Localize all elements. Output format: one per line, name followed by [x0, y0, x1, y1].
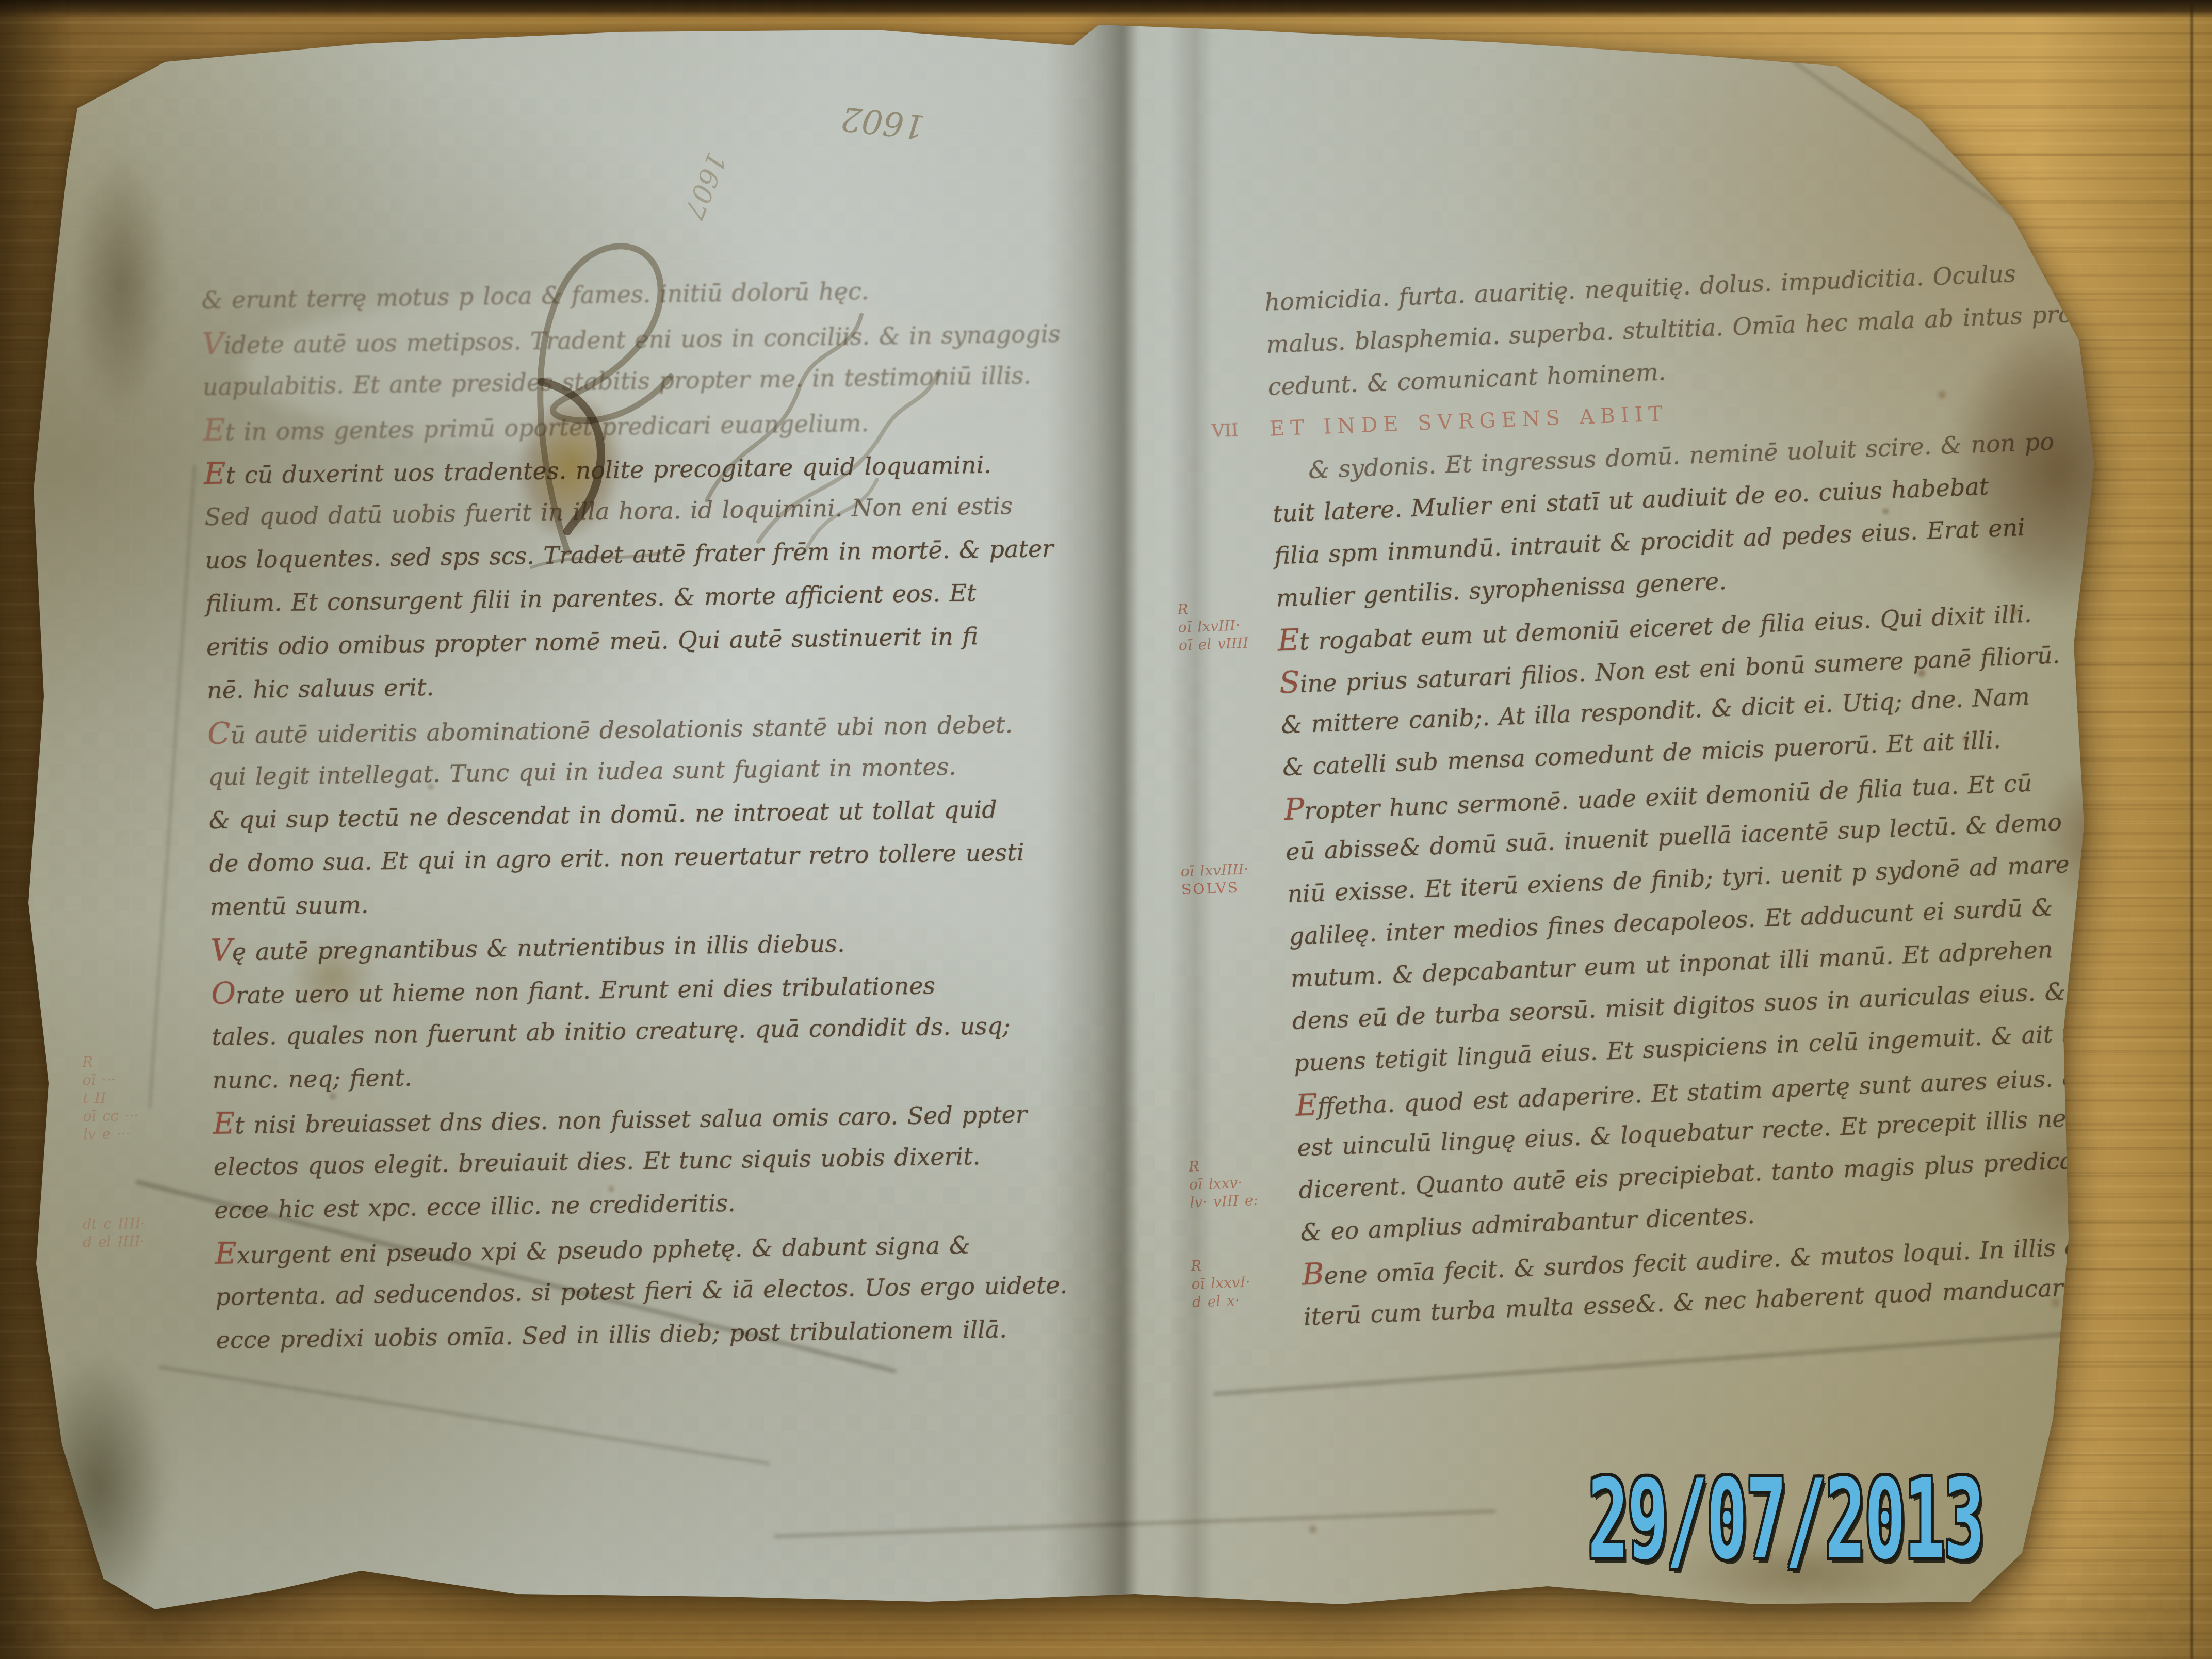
chapter-numeral: VII: [1211, 409, 1240, 452]
margin-note-line: oī cc ···: [83, 1107, 138, 1126]
margin-note-line: t II: [83, 1088, 138, 1108]
margin-note-line: d el IIII·: [83, 1232, 145, 1251]
stain: [26, 1352, 170, 1620]
left-page-text-column: & erunt terrę motus p loca & fames. init…: [201, 267, 1021, 1362]
crease-line: [148, 465, 196, 1108]
center-fold-crease: [1047, 21, 1212, 1615]
margin-note-line: dt c IIII·: [82, 1214, 145, 1233]
foxing-spots: [0, 0, 5, 5]
photo-of-manuscript: { "camera": { "date_stamp": "29/07/2013"…: [0, 0, 2212, 1659]
crease-line: [158, 1365, 770, 1466]
camera-date-stamp: 29/07/2013: [1588, 1456, 1983, 1583]
inscription-year: 1602: [839, 99, 927, 146]
margin-note: R oī ··· t II oī cc ··· lv e ···: [82, 1052, 139, 1143]
crease-line: [1734, 19, 2125, 294]
crease-line: [1213, 1332, 2068, 1396]
right-page-text-column: homicidia. furta. auaritię. nequitię. do…: [1264, 247, 2191, 1338]
parchment-bifolium: 1602 1607 & erunt terrę motus p loca & f…: [0, 0, 2212, 1659]
parchment-wrapper: 1602 1607 & erunt terrę motus p loca & f…: [0, 0, 2212, 1659]
stain: [72, 150, 170, 418]
margin-note-line: lv e ···: [83, 1125, 139, 1144]
margin-note: dt c IIII· d el IIII·: [82, 1214, 145, 1251]
margin-note-line: R: [82, 1052, 138, 1071]
margin-note-line: oī ···: [82, 1070, 138, 1089]
